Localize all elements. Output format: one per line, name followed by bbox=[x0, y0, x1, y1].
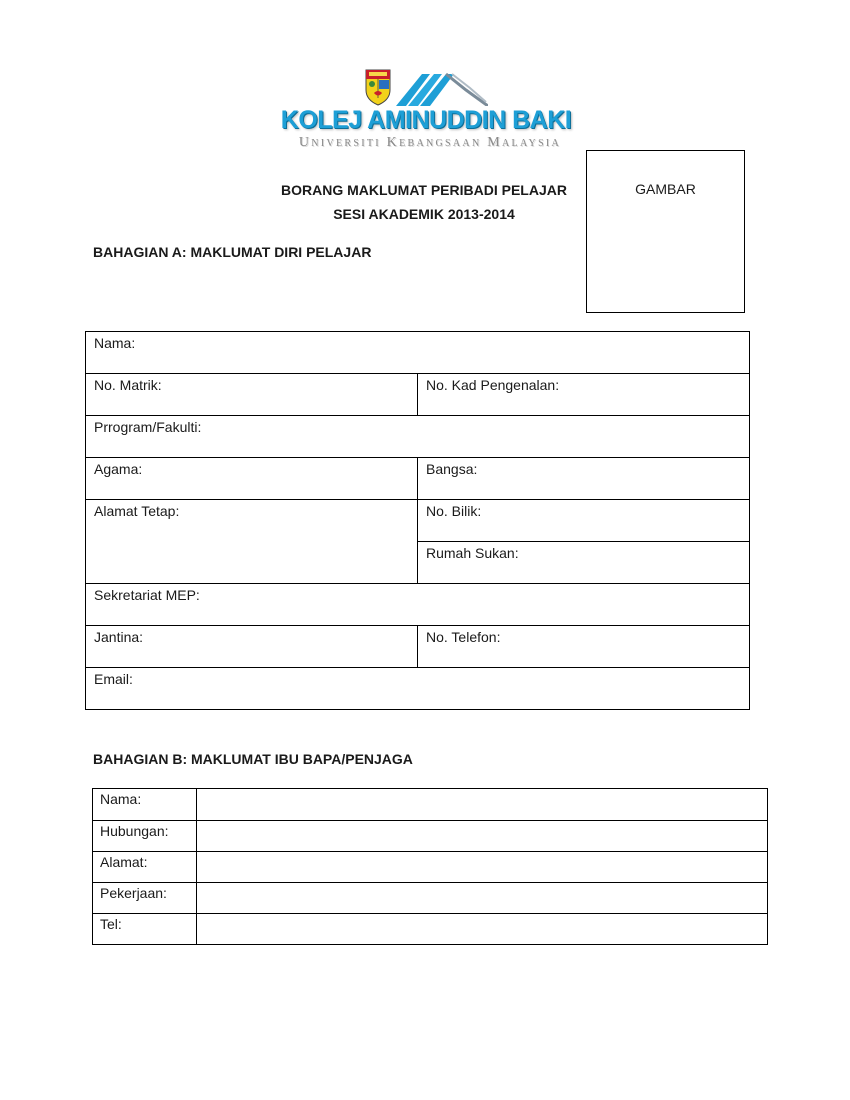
field-email[interactable]: Email: bbox=[85, 667, 750, 710]
guardian-field-value[interactable] bbox=[197, 883, 768, 914]
guardian-field-label: Tel: bbox=[93, 914, 197, 945]
field-sekretariat-mep[interactable]: Sekretariat MEP: bbox=[85, 583, 750, 626]
field-label: No. Bilik: bbox=[426, 503, 481, 519]
guardian-info-table: Nama:Hubungan:Alamat:Pekerjaan:Tel: bbox=[92, 788, 768, 945]
guardian-field-label: Alamat: bbox=[93, 852, 197, 883]
guardian-field-label: Hubungan: bbox=[93, 821, 197, 852]
field-bangsa[interactable]: Bangsa: bbox=[417, 457, 750, 500]
guardian-field-label: Nama: bbox=[93, 789, 197, 821]
field-rumah-sukan[interactable]: Rumah Sukan: bbox=[417, 541, 750, 584]
guardian-field-label: Pekerjaan: bbox=[93, 883, 197, 914]
guardian-field-value[interactable] bbox=[197, 821, 768, 852]
table-row: Tel: bbox=[93, 914, 768, 945]
field-label: Prrogram/Fakulti: bbox=[94, 419, 201, 435]
field-label: Email: bbox=[94, 671, 133, 687]
mountain-logo-icon bbox=[396, 70, 488, 106]
guardian-field-value[interactable] bbox=[197, 789, 768, 821]
session-title: SESI AKADEMIK 2013-2014 bbox=[256, 206, 592, 222]
guardian-field-value[interactable] bbox=[197, 852, 768, 883]
field-label: Rumah Sukan: bbox=[426, 545, 519, 561]
field-no-kad-pengenalan[interactable]: No. Kad Pengenalan: bbox=[417, 373, 750, 416]
form-title: BORANG MAKLUMAT PERIBADI PELAJAR bbox=[256, 182, 592, 198]
field-label: Nama: bbox=[94, 335, 135, 351]
field-label: Jantina: bbox=[94, 629, 143, 645]
logo-title: KOLEJ AMINUDDIN BAKI bbox=[276, 106, 576, 134]
table-row: Alamat: bbox=[93, 852, 768, 883]
field-alamat-tetap[interactable]: Alamat Tetap: bbox=[85, 499, 418, 584]
logo-subtitle: Universiti Kebangsaan Malaysia bbox=[290, 134, 570, 152]
field-label: No. Kad Pengenalan: bbox=[426, 377, 559, 393]
field-label: No. Matrik: bbox=[94, 377, 162, 393]
field-no-matrik[interactable]: No. Matrik: bbox=[85, 373, 418, 416]
field-agama[interactable]: Agama: bbox=[85, 457, 418, 500]
college-logo: KOLEJ AMINUDDIN BAKI Universiti Kebangsa… bbox=[276, 64, 576, 156]
section-a-heading: BAHAGIAN A: MAKLUMAT DIRI PELAJAR bbox=[93, 244, 371, 260]
field-label: Alamat Tetap: bbox=[94, 503, 179, 519]
student-info-table: Nama: No. Matrik: No. Kad Pengenalan: Pr… bbox=[85, 331, 750, 710]
field-no-bilik[interactable]: No. Bilik: bbox=[417, 499, 750, 542]
field-program-fakulti[interactable]: Prrogram/Fakulti: bbox=[85, 415, 750, 458]
table-row: Hubungan: bbox=[93, 821, 768, 852]
field-label: Agama: bbox=[94, 461, 142, 477]
photo-box-label: GAMBAR bbox=[587, 181, 744, 197]
university-crest-icon bbox=[364, 68, 392, 106]
section-b-heading: BAHAGIAN B: MAKLUMAT IBU BAPA/PENJAGA bbox=[93, 751, 413, 767]
table-row: Nama: bbox=[93, 789, 768, 821]
guardian-field-value[interactable] bbox=[197, 914, 768, 945]
field-jantina[interactable]: Jantina: bbox=[85, 625, 418, 668]
table-row: Pekerjaan: bbox=[93, 883, 768, 914]
field-no-telefon[interactable]: No. Telefon: bbox=[417, 625, 750, 668]
field-label: No. Telefon: bbox=[426, 629, 500, 645]
field-label: Sekretariat MEP: bbox=[94, 587, 200, 603]
photo-box[interactable]: GAMBAR bbox=[586, 150, 745, 313]
field-nama[interactable]: Nama: bbox=[85, 331, 750, 374]
field-label: Bangsa: bbox=[426, 461, 477, 477]
